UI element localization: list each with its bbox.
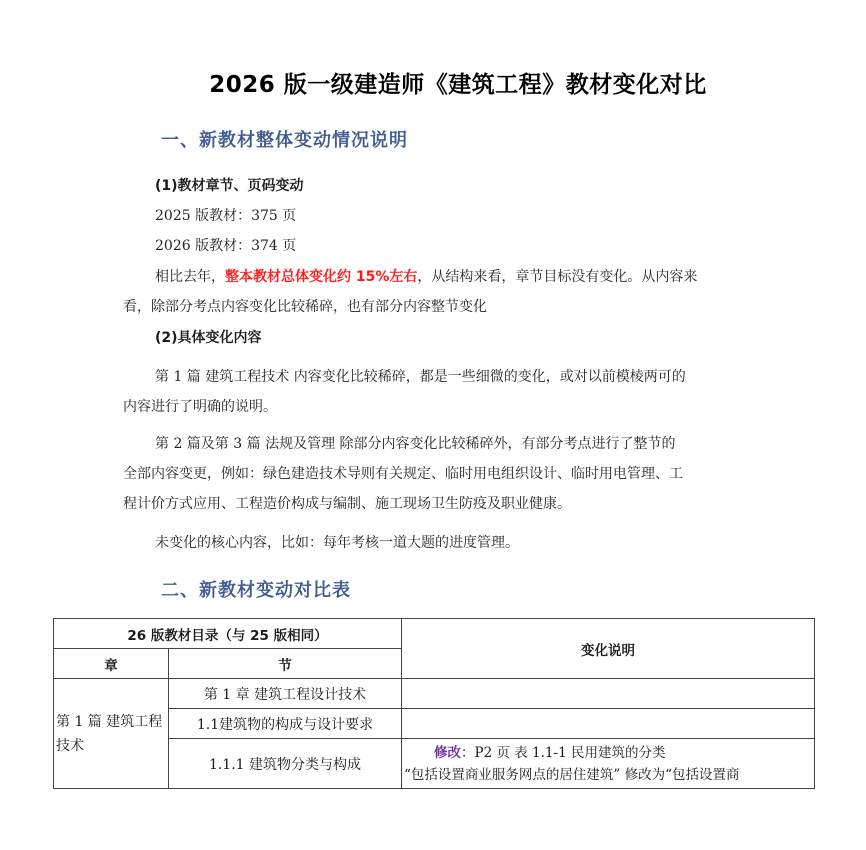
subheading-chapter-page-changes: (1)教材章节、页码变动 bbox=[155, 175, 304, 195]
section1-heading: 一、新教材整体变动情况说明 bbox=[161, 126, 408, 152]
subheading-specific-changes: (2)具体变化内容 bbox=[155, 327, 262, 347]
part1-line1: 第 1 篇 建筑工程技术 内容变化比较稀碎，都是一些细微的变化，或对以前模棱两可… bbox=[155, 366, 686, 386]
header-catalog: 26 版教材目录（与 25 版相同） bbox=[54, 619, 402, 649]
section-cell: 1.1.1 建筑物分类与构成 bbox=[169, 739, 402, 789]
change-detail: ：P2 页 表 1.1-1 民用建筑的分类 bbox=[461, 745, 665, 761]
change-cell bbox=[402, 709, 815, 739]
change-tag: 修改 bbox=[434, 745, 461, 761]
pages-2025: 2025 版教材：375 页 bbox=[155, 205, 296, 225]
summary-line2: 看，除部分考点内容变化比较稀碎，也有部分内容整节变化 bbox=[123, 296, 487, 316]
change-cell bbox=[402, 679, 815, 709]
pages-2026: 2026 版教材：374 页 bbox=[155, 235, 296, 255]
table-row: 1.1.1 建筑物分类与构成 修改：P2 页 表 1.1-1 民用建筑的分类 “… bbox=[54, 739, 815, 789]
header-section: 节 bbox=[169, 649, 402, 679]
table-row: 1.1建筑物的构成与设计要求 bbox=[54, 709, 815, 739]
section2-heading: 二、新教材变动对比表 bbox=[161, 576, 351, 602]
summary-highlight: 整本教材总体变化约 15%左右 bbox=[225, 269, 417, 285]
summary-prefix: 相比去年， bbox=[155, 269, 225, 285]
part23-line1: 第 2 篇及第 3 篇 法规及管理 除部分内容变化比较稀碎外，有部分考点进行了整… bbox=[155, 433, 676, 453]
unchanged-content: 未变化的核心内容，比如：每年考核一道大题的进度管理。 bbox=[155, 532, 519, 552]
table-row: 第 1 篇 建筑工程技术 第 1 章 建筑工程设计技术 bbox=[54, 679, 815, 709]
summary-line1: 相比去年，整本教材总体变化约 15%左右，从结构来看，章节目标没有变化。从内容来 bbox=[155, 266, 697, 286]
part23-line2: 全部内容变更，例如：绿色建造技术导则有关规定、临时用电组织设计、临时用电管理、工 bbox=[123, 463, 683, 483]
header-change-description: 变化说明 bbox=[402, 619, 815, 679]
document-title: 2026 版一级建造师《建筑工程》教材变化对比 bbox=[0, 66, 866, 99]
change-cell: 修改：P2 页 表 1.1-1 民用建筑的分类 “包括设置商业服务网点的居住建筑… bbox=[402, 739, 815, 789]
table-header-row-1: 26 版教材目录（与 25 版相同） 变化说明 bbox=[54, 619, 815, 649]
header-chapter: 章 bbox=[54, 649, 169, 679]
comparison-table: 26 版教材目录（与 25 版相同） 变化说明 章 节 第 1 篇 建筑工程技术… bbox=[53, 618, 815, 789]
section-cell: 1.1建筑物的构成与设计要求 bbox=[169, 709, 402, 739]
change-line-1: 修改：P2 页 表 1.1-1 民用建筑的分类 bbox=[402, 742, 814, 764]
part23-line3: 程计价方式应用、工程造价构成与编制、施工现场卫生防疫及职业健康。 bbox=[123, 493, 571, 513]
section-cell: 第 1 章 建筑工程设计技术 bbox=[169, 679, 402, 709]
part1-line2: 内容进行了明确的说明。 bbox=[123, 396, 277, 416]
summary-suffix: ，从结构来看，章节目标没有变化。从内容来 bbox=[417, 269, 697, 285]
part-cell: 第 1 篇 建筑工程技术 bbox=[54, 679, 169, 789]
change-line-2: “包括设置商业服务网点的居住建筑” 修改为“包括设置商 bbox=[402, 764, 814, 786]
